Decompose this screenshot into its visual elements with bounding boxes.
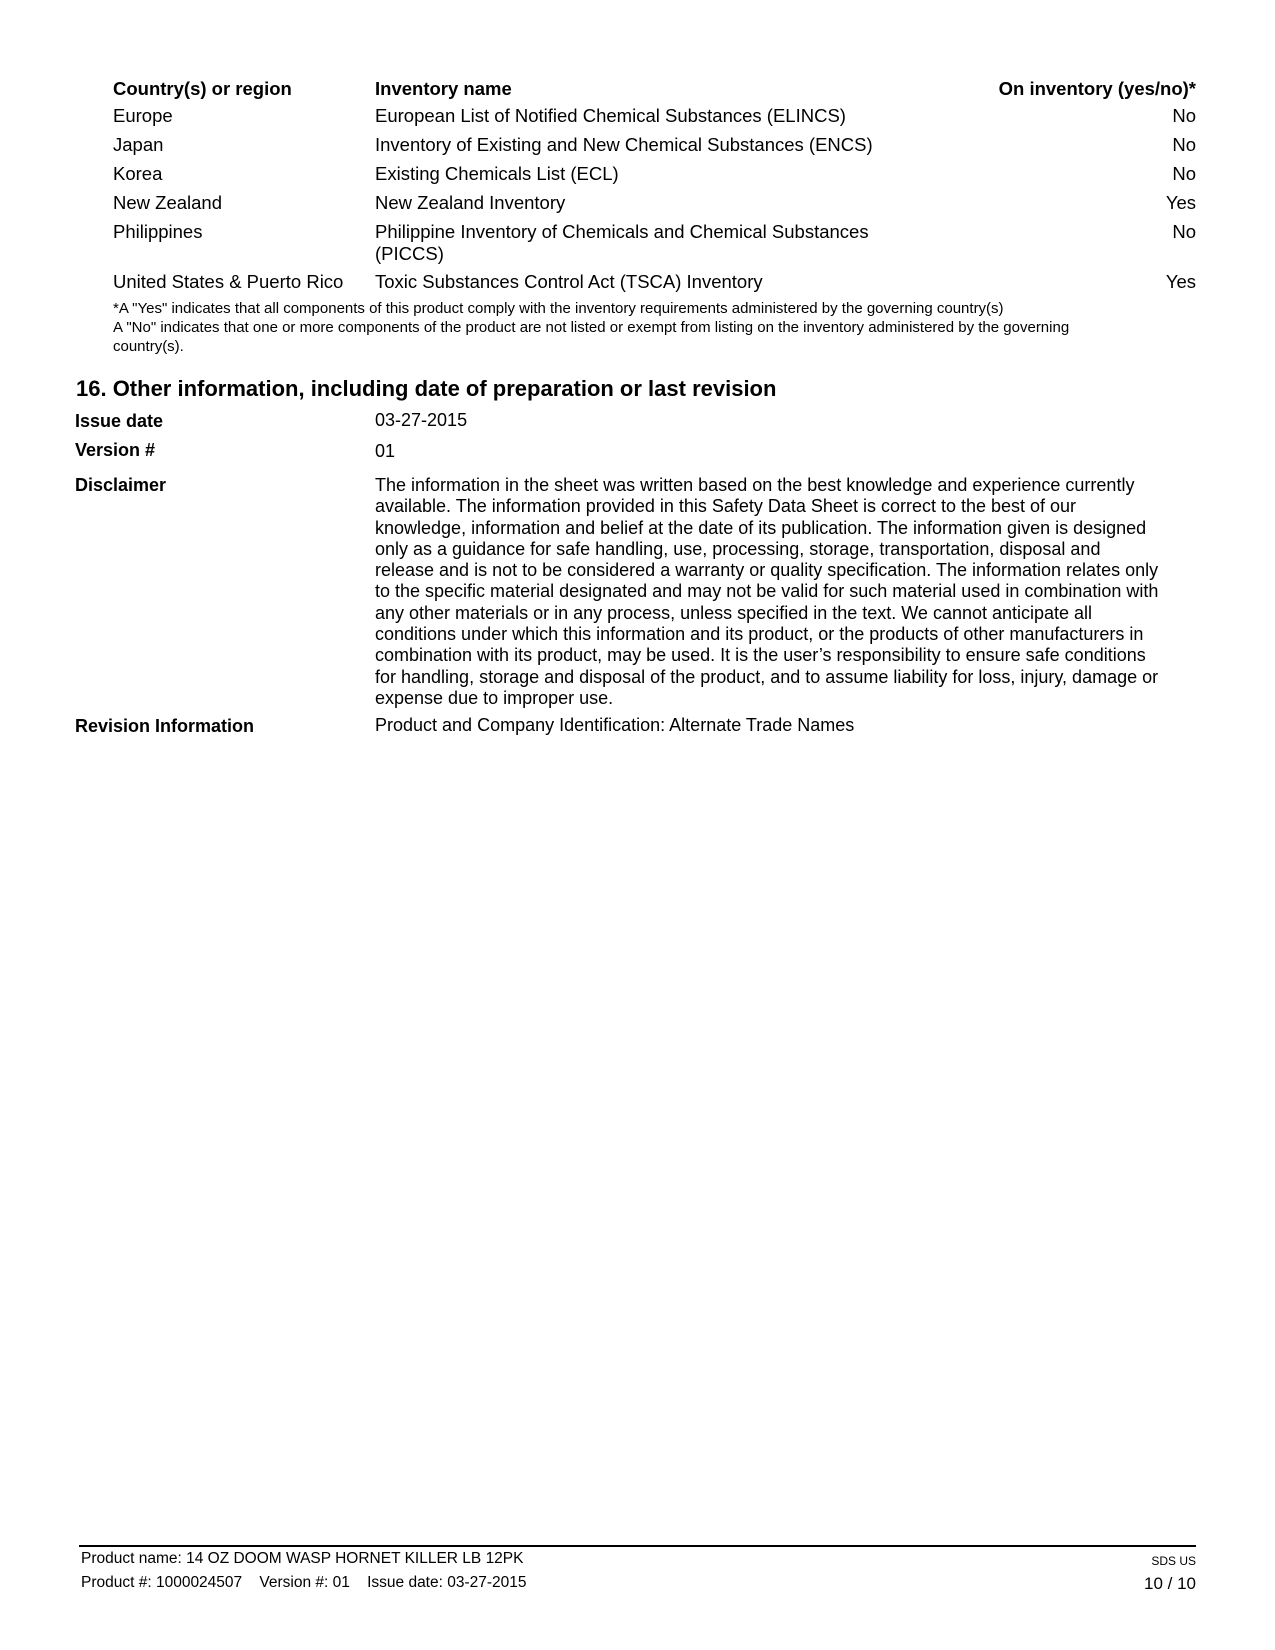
cell-country: Europe [113, 105, 173, 126]
disclaimer-text: The information in the sheet was written… [375, 475, 1158, 709]
version-label: Version # [75, 440, 155, 461]
disclaimer-label: Disclaimer [75, 475, 166, 496]
cell-on-inventory: No [1172, 134, 1196, 155]
issue-date-value: 03-27-2015 [375, 410, 467, 431]
inventory-note-no: A "No" indicates that one or more compon… [113, 319, 1069, 338]
cell-inventory: European List of Notified Chemical Subst… [375, 105, 846, 126]
section-16-title: 16. Other information, including date of… [76, 376, 776, 402]
cell-country: Korea [113, 163, 162, 184]
cell-country: Philippines [113, 221, 202, 242]
footer-product-name: Product name: 14 OZ DOOM WASP HORNET KIL… [81, 1550, 523, 1568]
disclaimer-line: expense due to improper use. [375, 688, 1158, 709]
cell-inventory: Inventory of Existing and New Chemical S… [375, 134, 873, 155]
cell-on-inventory: Yes [1166, 271, 1196, 292]
cell-inventory-cont: (PICCS) [375, 243, 444, 264]
disclaimer-line: only as a guidance for safe handling, us… [375, 539, 1158, 560]
footer-divider [79, 1545, 1196, 1547]
inventory-note-no-cont: country(s). [113, 338, 184, 357]
cell-inventory: Existing Chemicals List (ECL) [375, 163, 619, 184]
col-header-country: Country(s) or region [113, 78, 292, 99]
revision-info-label: Revision Information [75, 716, 254, 737]
cell-on-inventory: No [1172, 221, 1196, 242]
cell-inventory: Toxic Substances Control Act (TSCA) Inve… [375, 271, 763, 292]
disclaimer-line: to the specific material designated and … [375, 581, 1158, 602]
cell-inventory: New Zealand Inventory [375, 192, 565, 213]
cell-country: New Zealand [113, 192, 222, 213]
footer-doc-type: SDS US [1151, 1554, 1196, 1568]
cell-inventory: Philippine Inventory of Chemicals and Ch… [375, 221, 869, 242]
disclaimer-line: any other materials or in any process, u… [375, 603, 1158, 624]
revision-info-value: Product and Company Identification: Alte… [375, 715, 854, 736]
disclaimer-line: The information in the sheet was written… [375, 475, 1158, 496]
footer-product-meta: Product #: 1000024507 Version #: 01 Issu… [81, 1574, 527, 1592]
disclaimer-line: combination with its product, may be use… [375, 645, 1158, 666]
disclaimer-line: knowledge, information and belief at the… [375, 518, 1158, 539]
col-header-on-inventory: On inventory (yes/no)* [999, 78, 1196, 99]
disclaimer-line: for handling, storage and disposal of th… [375, 667, 1158, 688]
disclaimer-line: conditions under which this information … [375, 624, 1158, 645]
cell-on-inventory: Yes [1166, 192, 1196, 213]
cell-country: Japan [113, 134, 163, 155]
version-value: 01 [375, 441, 395, 462]
disclaimer-line: release and is not to be considered a wa… [375, 560, 1158, 581]
cell-on-inventory: No [1172, 163, 1196, 184]
inventory-note-yes: *A "Yes" indicates that all components o… [113, 300, 1004, 319]
disclaimer-line: available. The information provided in t… [375, 496, 1158, 517]
col-header-inventory: Inventory name [375, 78, 512, 99]
cell-country: United States & Puerto Rico [113, 271, 343, 292]
cell-on-inventory: No [1172, 105, 1196, 126]
issue-date-label: Issue date [75, 411, 163, 432]
footer-page-number: 10 / 10 [1144, 1574, 1196, 1594]
